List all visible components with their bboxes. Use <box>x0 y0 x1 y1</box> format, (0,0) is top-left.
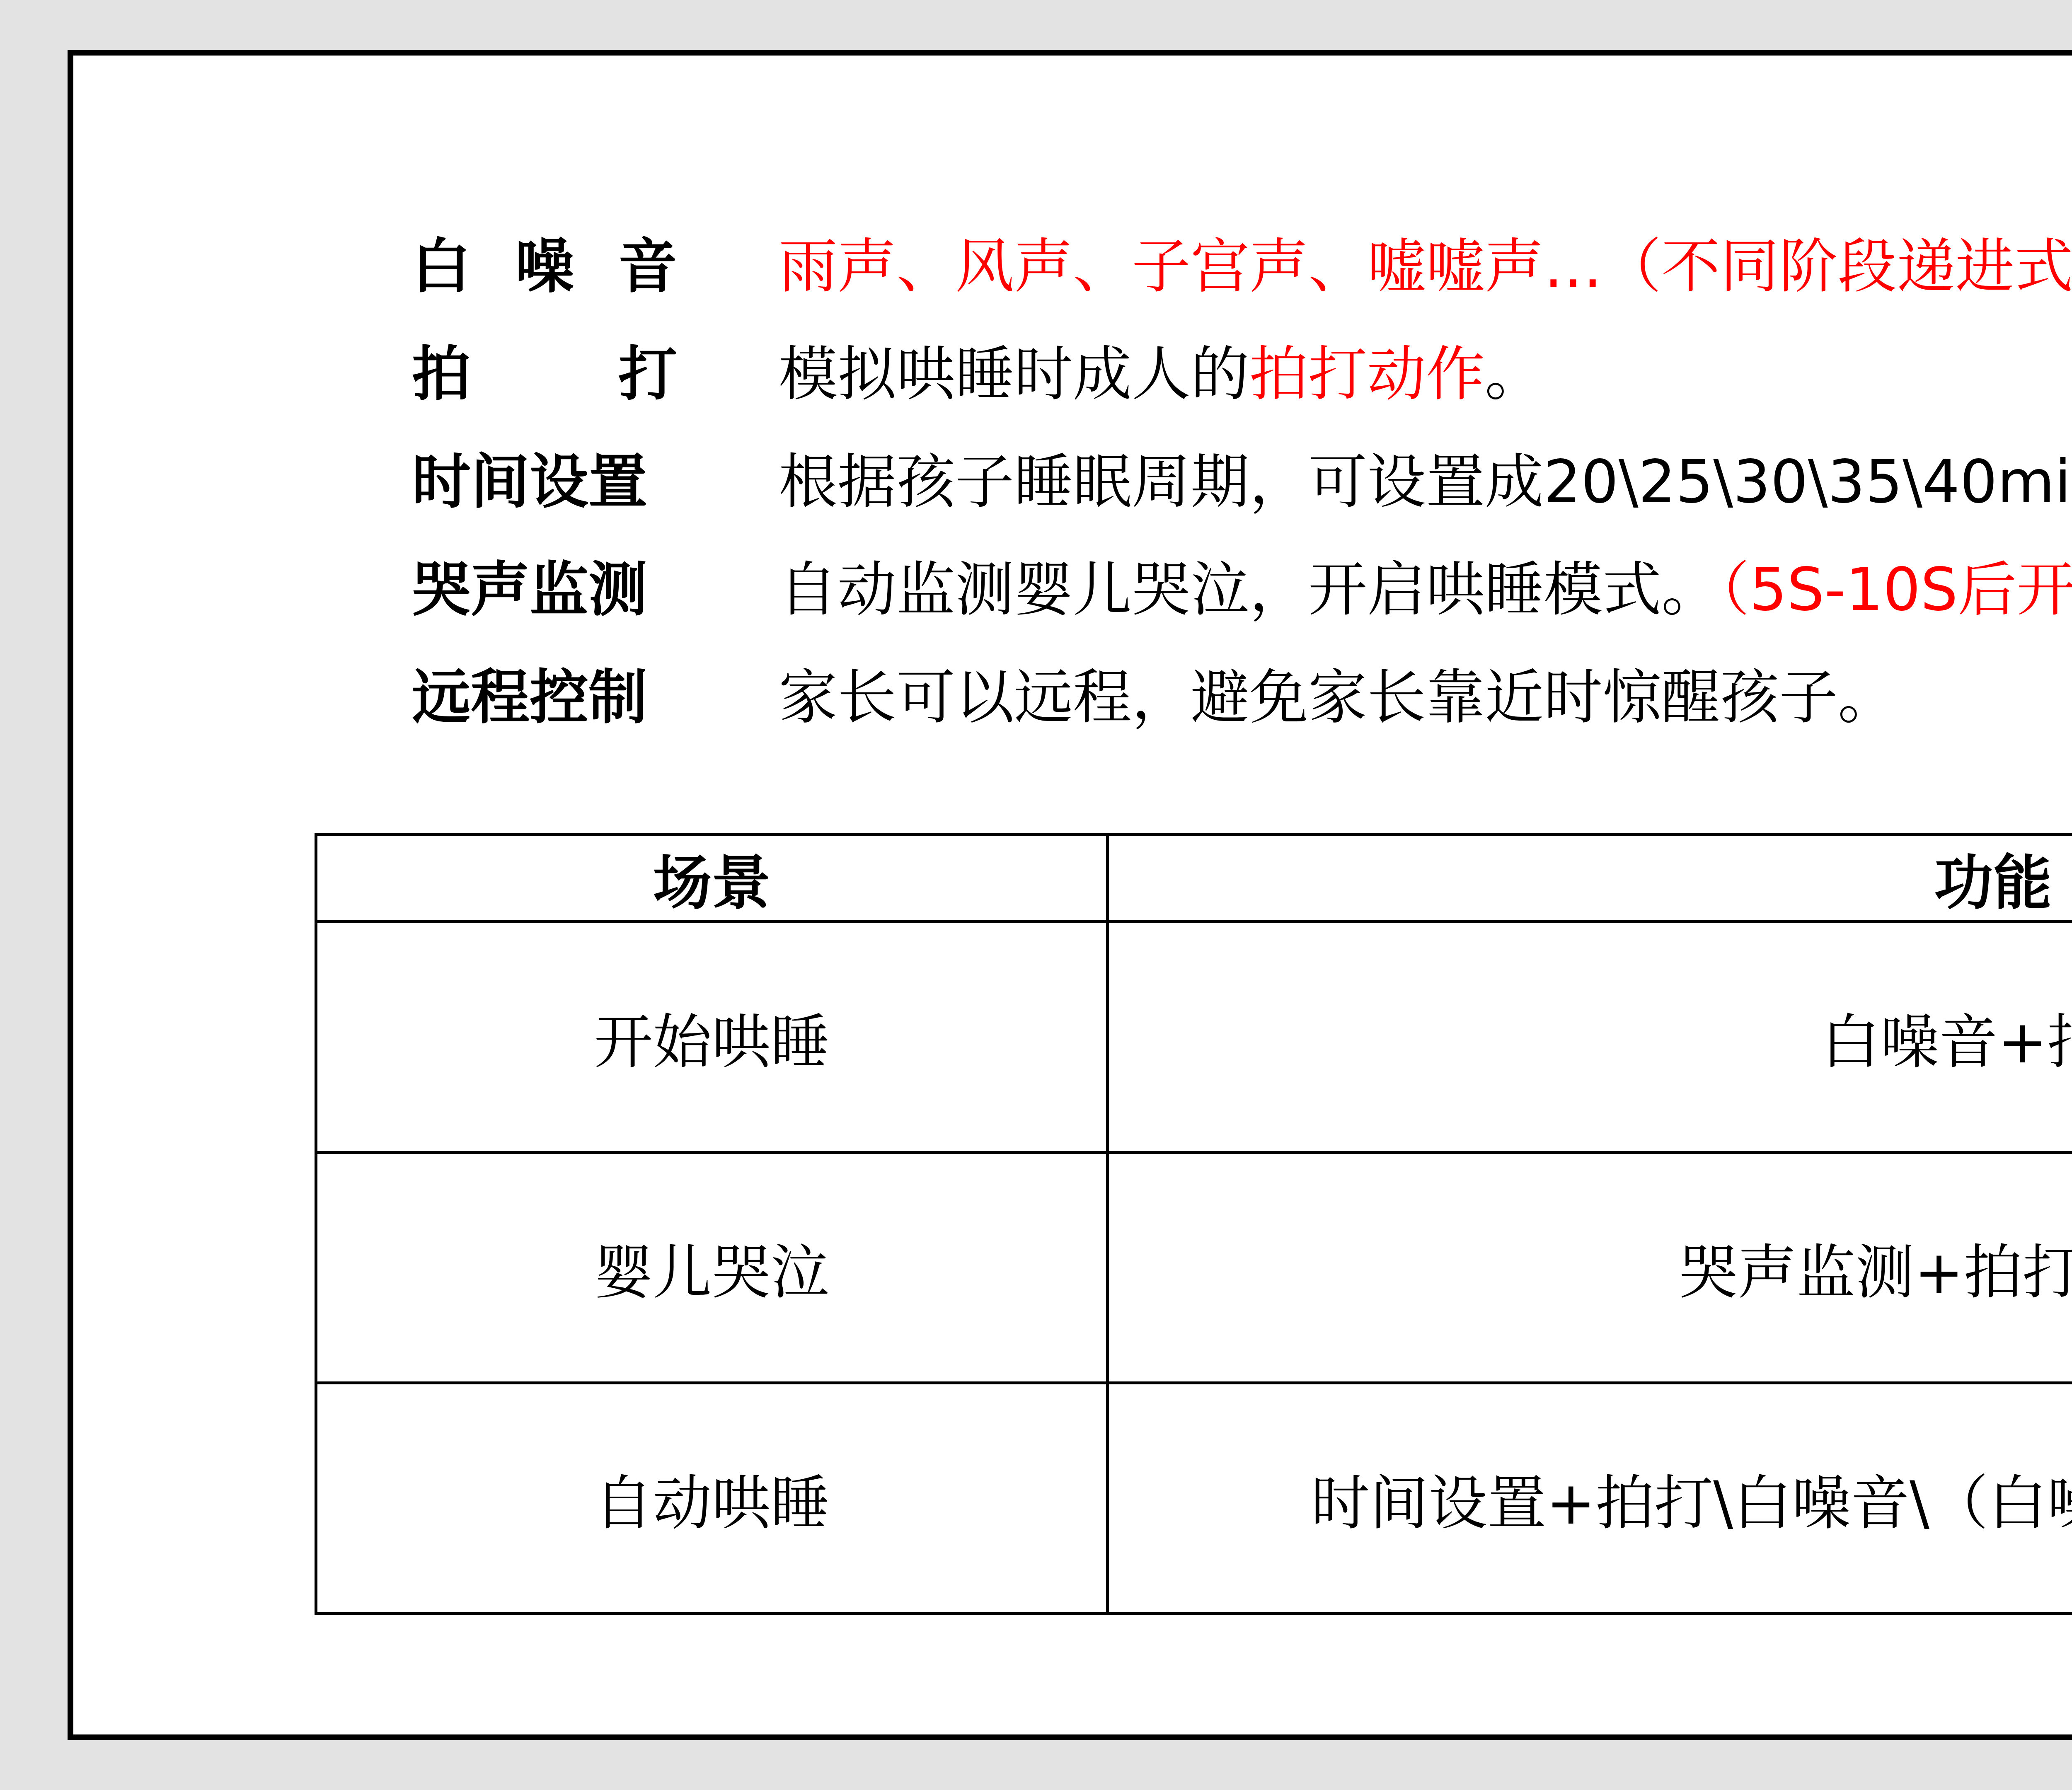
body-text: 自动监测婴儿哭泣，开启哄睡模式。 <box>779 556 1720 624</box>
cell-scene: 开始哄睡 <box>316 922 1108 1153</box>
body-text: 。 <box>1485 340 1544 409</box>
label-char: 噪 <box>515 237 574 296</box>
feature-label: 时间设置 <box>412 453 677 512</box>
body-text: 根据孩子睡眠周期，可设置成20\25\30\35\40min的 <box>779 448 2072 516</box>
label-char: 音 <box>618 237 677 296</box>
cell-scene: 自动哄睡 <box>316 1383 1108 1614</box>
feature-description: 根据孩子睡眠周期，可设置成20\25\30\35\40min的自动哄睡程式。 <box>779 453 2072 512</box>
cell-scene: 婴儿哭泣 <box>316 1152 1108 1383</box>
feature-description: 雨声、风声、子宫声、嘘嘘声…（不同阶段递进式哄睡的白噪音） <box>779 237 2072 296</box>
table-row: 开始哄睡 白噪音+拍打 <box>316 922 2072 1153</box>
feature-description: 家长可以远程，避免家长靠近时惊醒孩子。 <box>779 668 1897 727</box>
label-char: 白 <box>412 237 471 296</box>
label-text: 远程控制 <box>412 668 647 727</box>
cell-function: 哭声监测+拍打+白噪音 <box>1108 1152 2072 1383</box>
label-text: 时间设置 <box>412 453 647 512</box>
cell-function: 时间设置+拍打\白噪音\（白噪音+拍打）+远程控制 <box>1108 1383 2072 1614</box>
column-header-function: 功能 <box>1108 835 2072 922</box>
feature-label: 远程控制 <box>412 668 677 727</box>
feature-description: 自动监测婴儿哭泣，开启哄睡模式。（5S-10S后开启） <box>779 561 2072 619</box>
slide-frame: 白 噪 音 雨声、风声、子宫声、嘘嘘声…（不同阶段递进式哄睡的白噪音） 拍 打 … <box>68 50 2072 1740</box>
table-header-row: 场景 功能 <box>316 835 2072 922</box>
scene-function-table: 场景 功能 开始哄睡 白噪音+拍打 婴儿哭泣 哭声监测+拍打+白噪音 自动哄睡 … <box>315 833 2072 1615</box>
table-row: 婴儿哭泣 哭声监测+拍打+白噪音 <box>316 1152 2072 1383</box>
highlight-text: 拍打动作 <box>1249 340 1485 409</box>
highlight-text: 雨声、风声、子宫声、嘘嘘声…（不同阶段递进式哄睡的白噪音） <box>779 232 2072 301</box>
feature-label: 哭声监测 <box>412 561 677 619</box>
highlight-text: （5S-10S后开启） <box>1720 556 2072 624</box>
table-row: 自动哄睡 时间设置+拍打\白噪音\（白噪音+拍打）+远程控制 <box>316 1383 2072 1614</box>
label-text: 哭声监测 <box>412 561 647 619</box>
body-text: 家长可以远程，避免家长靠近时惊醒孩子。 <box>779 663 1897 732</box>
feature-label: 白 噪 音 <box>412 237 677 296</box>
feature-label: 拍 打 <box>412 345 677 404</box>
body-text: 模拟哄睡时成人的 <box>779 340 1249 409</box>
column-header-scene: 场景 <box>316 835 1108 922</box>
feature-description: 模拟哄睡时成人的拍打动作。 <box>779 345 1544 404</box>
label-char: 打 <box>618 345 677 404</box>
cell-function: 白噪音+拍打 <box>1108 922 2072 1153</box>
label-char: 拍 <box>412 345 471 404</box>
